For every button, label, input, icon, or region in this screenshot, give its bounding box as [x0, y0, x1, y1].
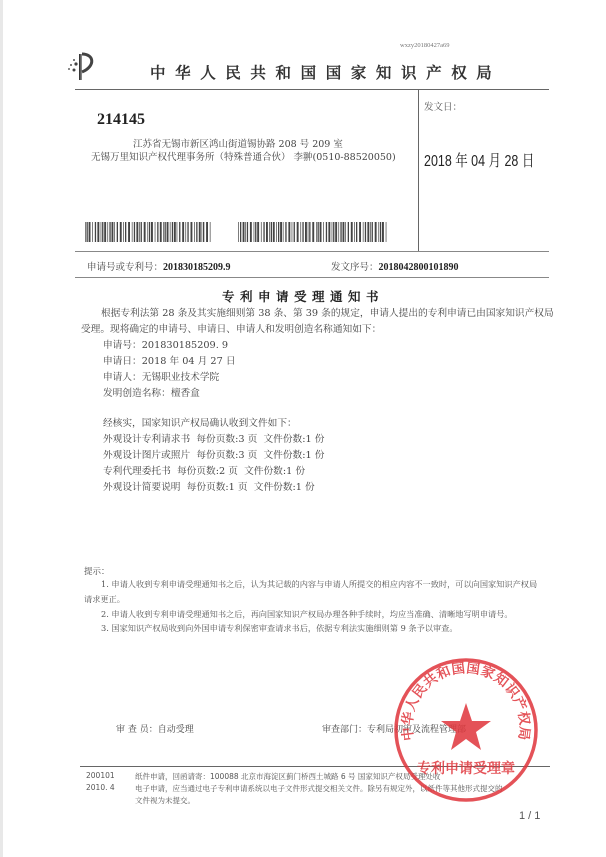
- document-number-row: 发文序号：2018042800101890: [331, 259, 459, 273]
- field-application-date: 申请日：2018 年 04 月 27 日: [103, 354, 236, 370]
- field-application-number: 申请号：201830185209. 9: [103, 338, 228, 354]
- barcode-2: [238, 222, 388, 242]
- notice-title: 专利申请受理通知书: [0, 287, 606, 305]
- form-version: 2010. 4: [86, 783, 115, 792]
- field-design-name: 发明创造名称：檀香盒: [103, 386, 200, 402]
- organization-name: 中华人民共和国国家知识产权局: [150, 61, 501, 83]
- svg-text:专利申请受理章: 专利申请受理章: [417, 760, 515, 777]
- tips-heading: 提示：: [84, 565, 110, 577]
- application-number: 201830185209.9: [163, 262, 231, 273]
- document-code: wxzy20180427a69: [400, 42, 449, 49]
- document-item: 外观设计简要说明 每份页数:1 页 文件份数:1 份: [103, 480, 315, 496]
- page-indicator: 1 / 1: [519, 810, 540, 822]
- application-number-row: 申请号或专利号：201830185209.9: [87, 259, 231, 273]
- document-item: 外观设计图片或照片 每份页数:3 页 文件份数:1 份: [103, 448, 324, 464]
- issue-date: 2018 年 04 月 28 日: [424, 148, 534, 171]
- divider: [75, 277, 549, 278]
- field-applicant: 申请人：无锡职业技术学院: [103, 370, 219, 386]
- divider: [418, 89, 419, 251]
- examiner: 审 查 员：自动受理: [116, 722, 194, 735]
- received-intro: 经核实，国家知识产权局确认收到文件如下：: [103, 416, 297, 432]
- form-code: 200101: [86, 771, 115, 780]
- barcode-1: [85, 222, 211, 242]
- issue-date-label: 发文日：: [424, 99, 462, 113]
- official-seal-icon: 中华人民共和国国家知识产权局 专利申请受理章: [391, 655, 541, 805]
- footer-line: 文件视为未提交。: [135, 795, 195, 806]
- tip-item: 2. 申请人收到专利申请受理通知书之后，再向国家知识产权局办理各种手续时，均应当…: [101, 609, 513, 620]
- document-number-label: 发文序号：: [331, 262, 379, 273]
- recipient-address: 江苏省无锡市新区鸿山街道锡协路 208 号 209 室: [133, 136, 343, 150]
- tip-item: 1. 申请人收到专利申请受理通知书之后，认为其记载的内容与申请人所提交的相应内容…: [101, 579, 537, 590]
- divider: [75, 251, 549, 252]
- tip-item: 3. 国家知识产权局收到向外国申请专利保密审查请求书后，依据专利法实施细则第 9…: [101, 623, 458, 634]
- scan-edge: [0, 0, 3, 857]
- document-item: 专利代理委托书 每份页数:2 页 文件份数:1 份: [103, 464, 305, 480]
- application-number-label: 申请号或专利号：: [87, 262, 163, 273]
- postcode: 214145: [97, 111, 145, 129]
- recipient-agency: 无锡万里知识产权代理事务所（特殊普通合伙） 李翀(0510-88520050): [91, 149, 396, 163]
- document-item: 外观设计专利请求书 每份页数:3 页 文件份数:1 份: [103, 432, 324, 448]
- document-number: 2018042800101890: [379, 262, 459, 273]
- cnipa-logo-icon: [60, 50, 100, 82]
- divider: [75, 89, 549, 90]
- tip-item-continued: 请求更正。: [84, 594, 125, 605]
- paragraph-line: 根据专利法第 28 条及其实施细则第 38 条、第 39 条的规定，申请人提出的…: [101, 306, 554, 322]
- paragraph-line: 受理。现将确定的申请号、申请日、申请人和发明创造名称通知如下：: [81, 322, 381, 338]
